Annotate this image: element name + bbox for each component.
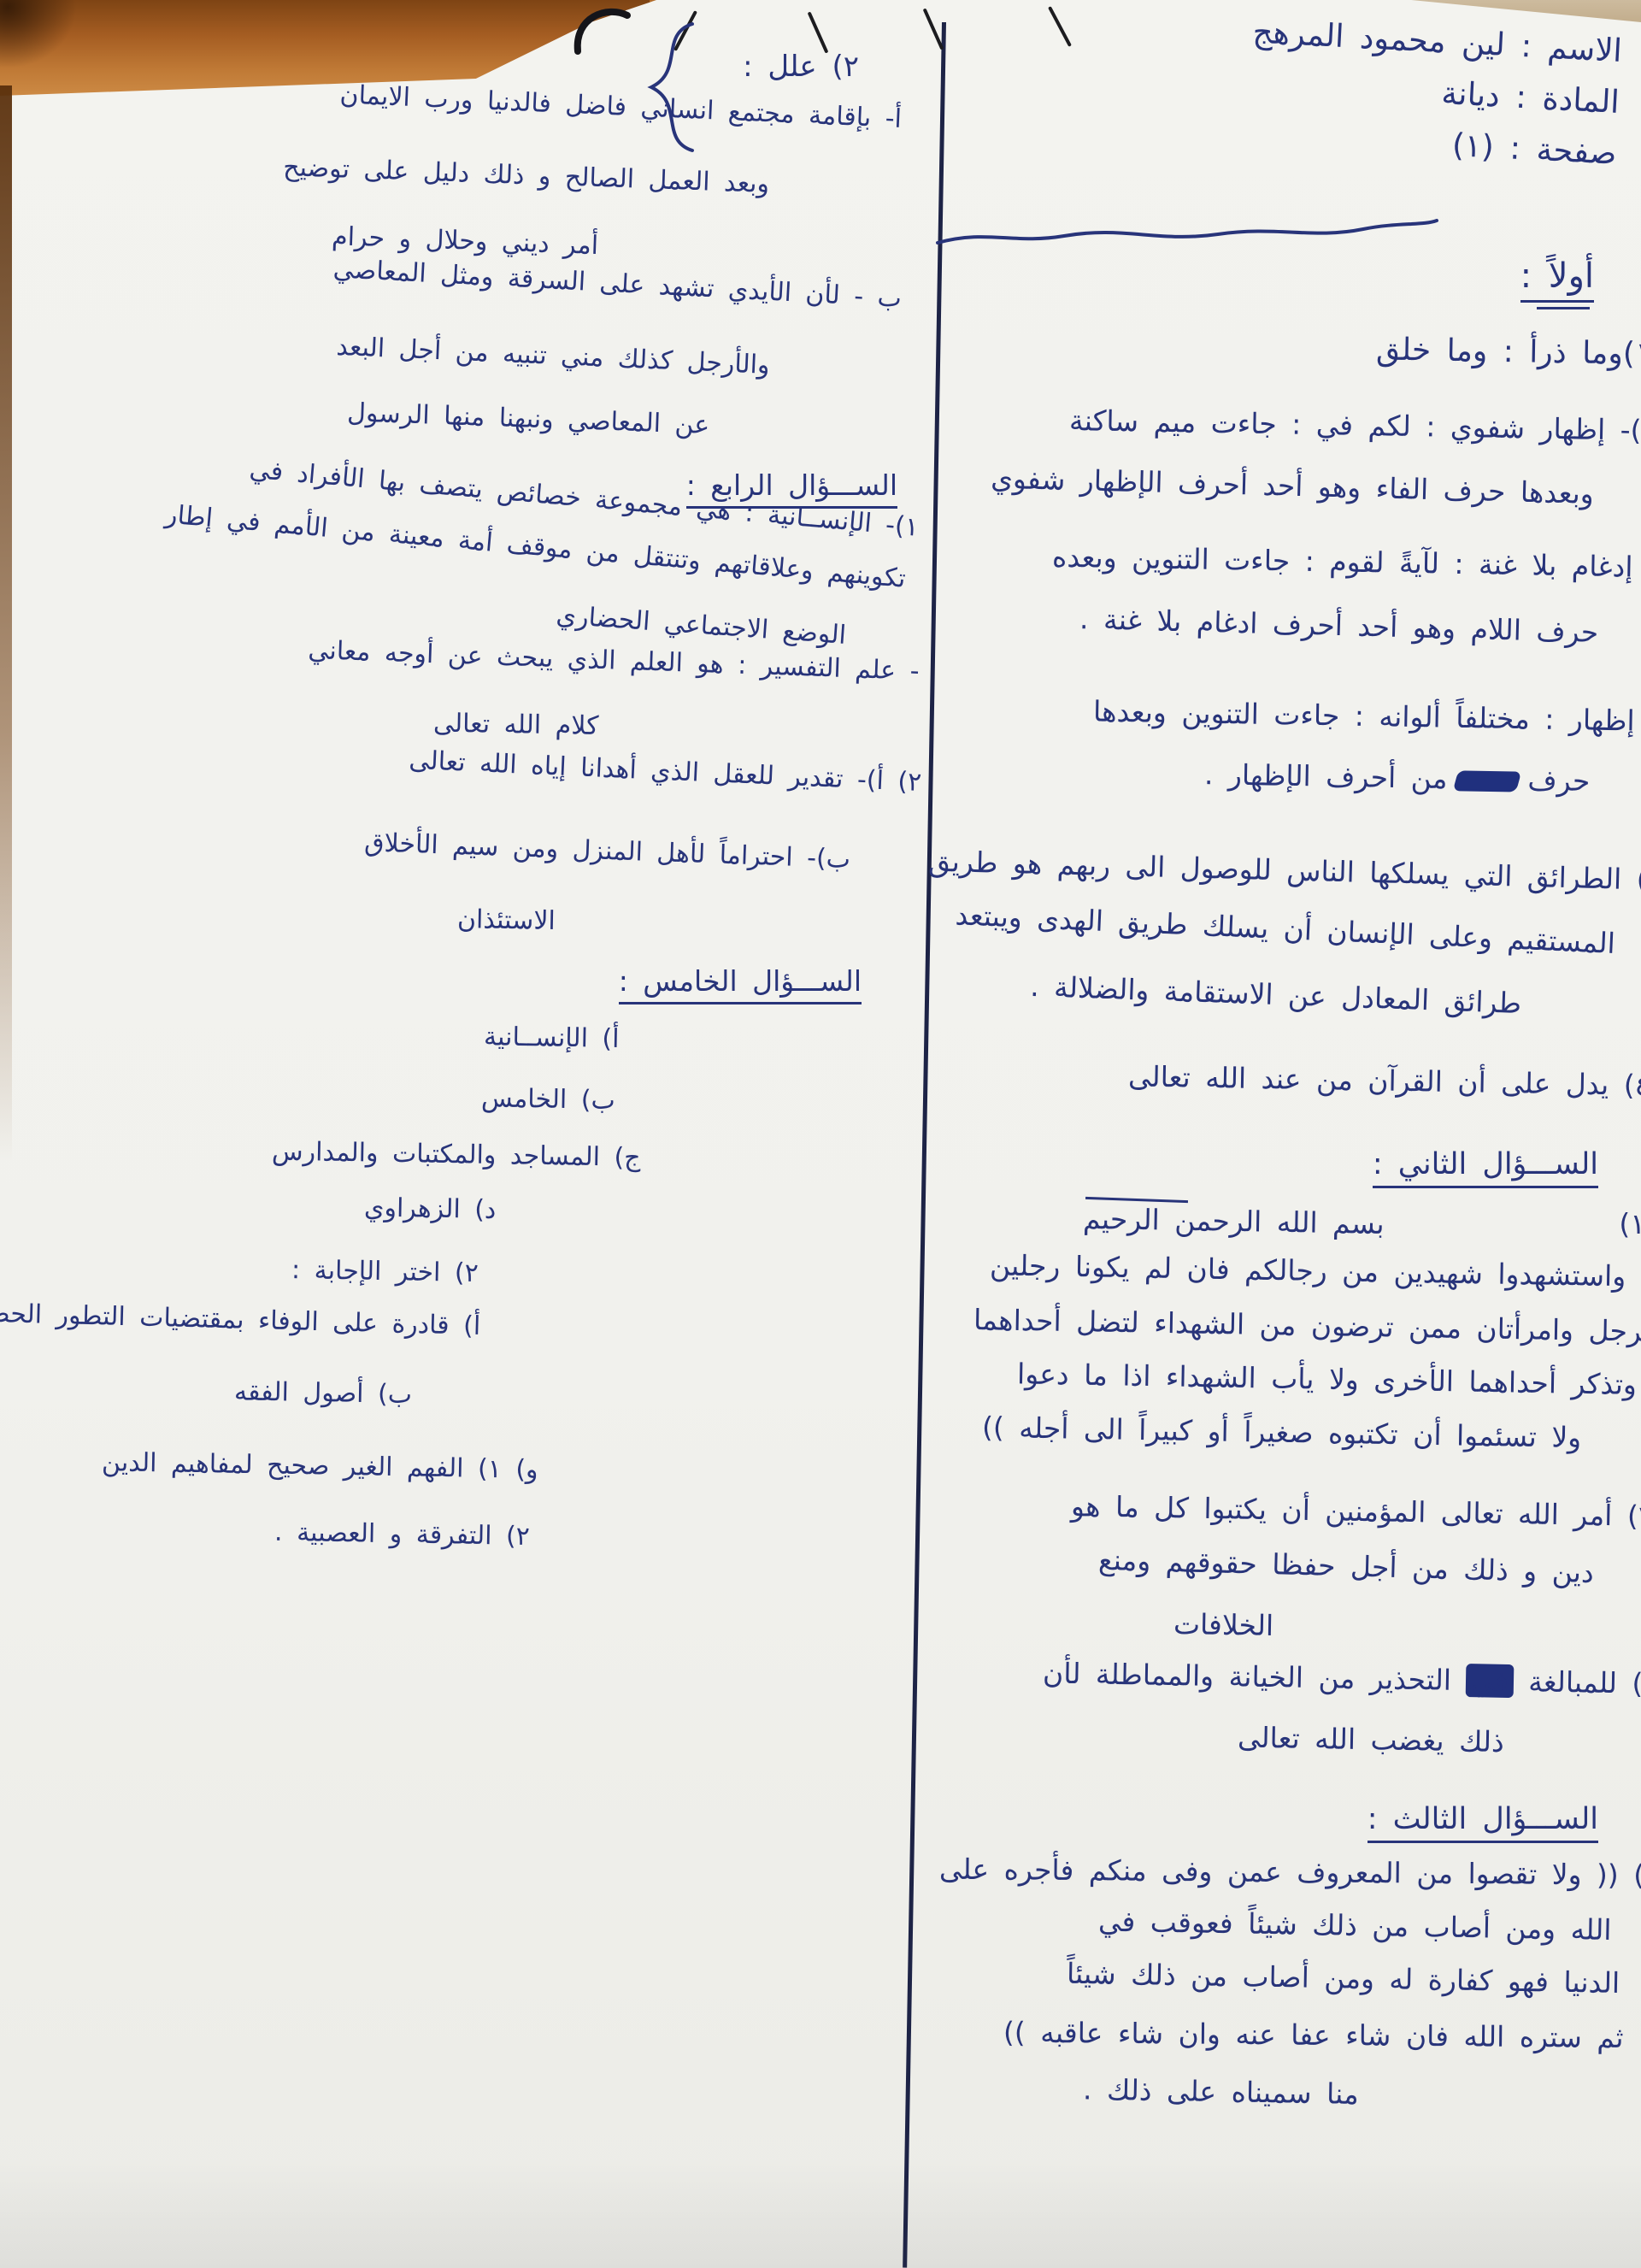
list-item: ج) المساجد والمكتبات والمدارس [272,1136,641,1173]
answer-line: ذلك يغضب الله تعالى [1238,1721,1504,1758]
answer-line: منا سميناه على ذلك . [1083,2072,1359,2111]
section-heading-question5: الســـؤال الخامس : [619,964,862,998]
section-heading-question3: الســـؤال الثالث : [1367,1802,1598,1836]
hadith-line: ثم ستره الله فان شاء عفا عنه وان شاء عاق… [1003,2016,1624,2054]
answer-line: ٢) التفرقة و العصبية . [274,1517,530,1552]
list-item: د) الزهراوي [363,1193,496,1225]
item-number: ١) [1619,1207,1641,1240]
section-heading-q2-reasons: ٢) علل : [743,50,859,84]
answer-line: ب) أصول الفقه [234,1376,413,1410]
list-item: ب) الخامس [481,1083,615,1116]
section-heading-first: أولاً : [1520,256,1594,296]
answer-line: ١)وما ذرأ : وما خلق [1376,332,1641,372]
list-item: أ) الإنســانية [484,1022,620,1054]
scanned-exam-page: الاسم : لين محمود المرهج المادة : ديانة … [0,0,1641,2268]
ink-curl-mark [571,2,639,62]
hadith-line: ١) (( ولا تقصوا من المعروف عمن وفى منكم … [939,1853,1641,1892]
paper-left-edge-shadow [0,85,12,1163]
scribbled-word-blot [1453,770,1521,792]
curly-brace [639,19,708,156]
answer-line: حرفمن أحرف الإظهار . [1203,757,1590,798]
section-heading-question2: الســـؤال الثاني : [1373,1147,1598,1181]
dark-corner-shadow [0,0,77,68]
basmala-line: بسم الله الرحمن الرحيم [1083,1202,1385,1240]
answer-line: ٢) اختر الإجابة : [291,1255,479,1288]
header-block: الاسم : لين محمود المرهج المادة : ديانة … [1246,6,1623,179]
header-wavy-line [936,214,1440,248]
answer-line: الخلافات [1173,1607,1274,1642]
ink-blotted-word: في [1466,1664,1514,1698]
answer-line: الاستئذان [457,904,556,936]
answer-line: كلام الله تعالى [432,709,598,741]
